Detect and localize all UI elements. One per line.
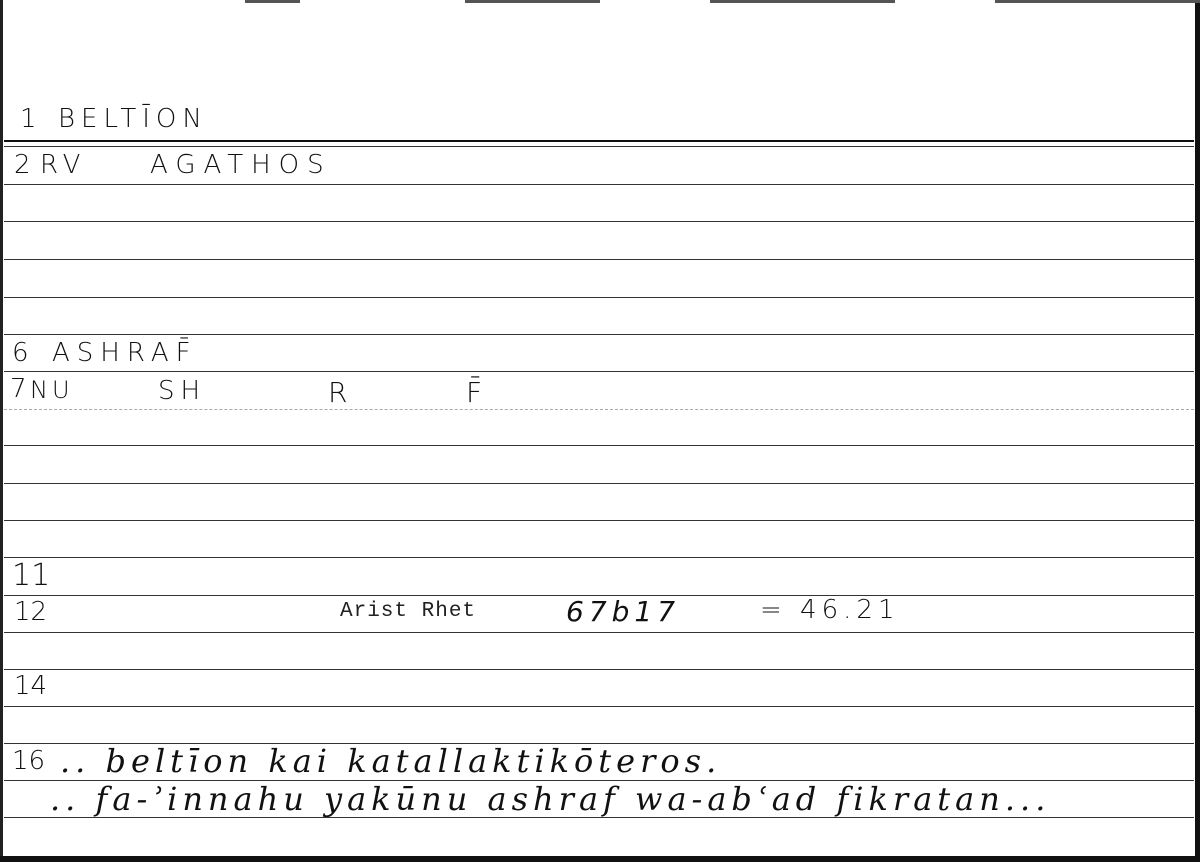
line-label: RV: [40, 150, 86, 180]
line-number: 1: [20, 104, 37, 134]
ruled-line: [4, 184, 1194, 185]
top-edge-mark: [245, 0, 300, 3]
headword-greek: BELTĪON: [58, 104, 208, 134]
ruled-line: [4, 334, 1194, 335]
equivalent-reference: = 46.21: [760, 595, 899, 625]
line-label: NU: [30, 376, 74, 404]
ruled-line: [4, 140, 1194, 142]
greek-quotation: .. beltīon kai katallaktikōteros.: [60, 742, 721, 780]
related-word: AGATHOS: [150, 150, 332, 180]
top-edge-mark: [465, 0, 600, 3]
index-card: 1 BELTĪON 2 RV AGATHOS 6 ASHRAF̄ 7 NU SH…: [0, 0, 1200, 862]
card-right-edge: [1195, 0, 1200, 862]
ruled-line: [4, 706, 1194, 707]
arabic-quotation: .. fa-ʾinnahu yakūnu ashraf wa-abʿad fik…: [50, 780, 1050, 818]
top-edge-mark: [710, 0, 895, 3]
ruled-line: [4, 669, 1194, 670]
top-edge-mark: [995, 0, 1200, 3]
bekker-reference: 67b17: [566, 595, 680, 628]
root-letter: SH: [158, 376, 206, 406]
ruled-line: [4, 557, 1194, 558]
ruled-line: [4, 632, 1194, 633]
ruled-line: [4, 221, 1194, 222]
ruled-line: [4, 146, 1194, 147]
line-number: 12: [14, 597, 47, 627]
headword-arabic: ASHRAF̄: [52, 338, 198, 368]
line-number: 7: [10, 374, 27, 404]
line-number: 11: [12, 558, 50, 593]
root-letter: F̄: [466, 376, 488, 409]
ruled-line: [4, 259, 1194, 260]
ruled-line: [4, 409, 1194, 410]
ruled-line: [4, 297, 1194, 298]
card-left-edge: [0, 0, 3, 862]
ruled-line: [4, 520, 1194, 521]
source-reference: Arist Rhet: [340, 600, 476, 623]
line-number: 16: [12, 746, 45, 776]
ruled-line: [4, 445, 1194, 446]
root-letter: R: [328, 376, 353, 409]
ruled-line: [4, 371, 1194, 372]
card-bottom-edge: [0, 856, 1200, 862]
ruled-line: [4, 483, 1194, 484]
line-number: 6: [12, 338, 29, 368]
line-number: 2: [14, 150, 31, 180]
line-number: 14: [14, 671, 47, 701]
